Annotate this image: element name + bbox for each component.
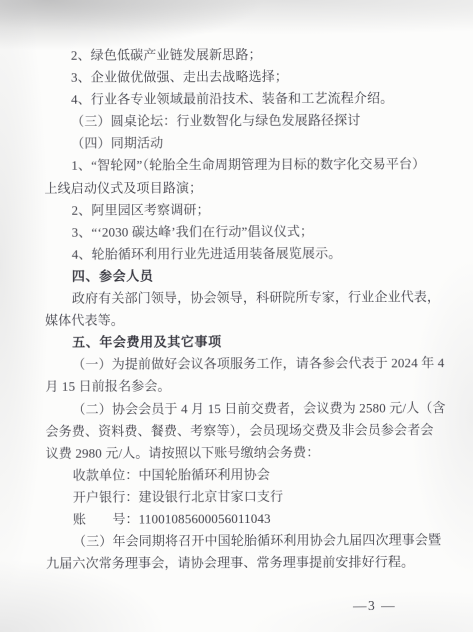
- text-line: 4、轮胎循环利用行业先进适用装备展览展示。: [45, 242, 445, 266]
- text-line: 开户银行：建设银行北京甘家口支行: [46, 485, 446, 509]
- text-line: 政府有关部门领导，协会领导，科研院所专家，行业企业代表，: [45, 286, 445, 310]
- text-line: 4、行业各专业领域最前沿技术、装备和工艺流程介绍。: [44, 87, 444, 111]
- text-line: 媒体代表等。: [45, 308, 445, 332]
- text-line: （二）协会会员于 4 月 15 日前交费者，会议费为 2580 元/人（含: [45, 397, 445, 421]
- text-line: （三）年会同期将召开中国轮胎循环利用协会九届四次理事会暨: [46, 529, 446, 553]
- text-line: 收款单位：中国轮胎循环利用协会: [46, 463, 446, 487]
- text-line: 3、企业做优做强、走出去战略选择；: [44, 65, 444, 89]
- section-heading: 五、年会费用及其它事项: [45, 330, 445, 354]
- text-line: 上线启动仪式及项目路演；: [44, 176, 444, 200]
- text-line: 九届六次常务理事会，请协会理事、常务理事提前安排好行程。: [46, 551, 446, 575]
- page-number: —3 —: [353, 598, 396, 614]
- text-line: （一）为提前做好会议各项服务工作，请各参会代表于 2024 年 4: [45, 352, 445, 376]
- text-line: 3、“‘2030 碳达峰’我们在行动”倡议仪式；: [45, 220, 445, 244]
- text-line: 2、绿色低碳产业链发展新思路；: [44, 43, 444, 67]
- text-line: 2、阿里园区考察调研；: [45, 198, 445, 222]
- text-line: （三）圆桌论坛：行业数智化与绿色发展路径探讨: [44, 109, 444, 133]
- text-line: 账 号：11001085600056011043: [46, 507, 446, 531]
- text-line: 月 15 日前报名参会。: [45, 375, 445, 399]
- document-body: 2、绿色低碳产业链发展新思路；3、企业做优做强、走出去战略选择；4、行业各专业领…: [44, 43, 446, 575]
- text-line: 1、“智轮网”（轮胎全生命周期管理为目标的数字化交易平台）: [44, 154, 444, 178]
- text-line: （四）同期活动: [44, 132, 444, 156]
- scanned-document-page: 2、绿色低碳产业链发展新思路；3、企业做优做强、走出去战略选择；4、行业各专业领…: [0, 0, 473, 632]
- text-line: 会务费、资料费、餐费、考察等），会员现场交费及非会员参会者会: [45, 419, 445, 443]
- text-line: 议费 2980 元/人。请按照以下账号缴纳会务费：: [46, 441, 446, 465]
- section-heading: 四、参会人员: [45, 264, 445, 288]
